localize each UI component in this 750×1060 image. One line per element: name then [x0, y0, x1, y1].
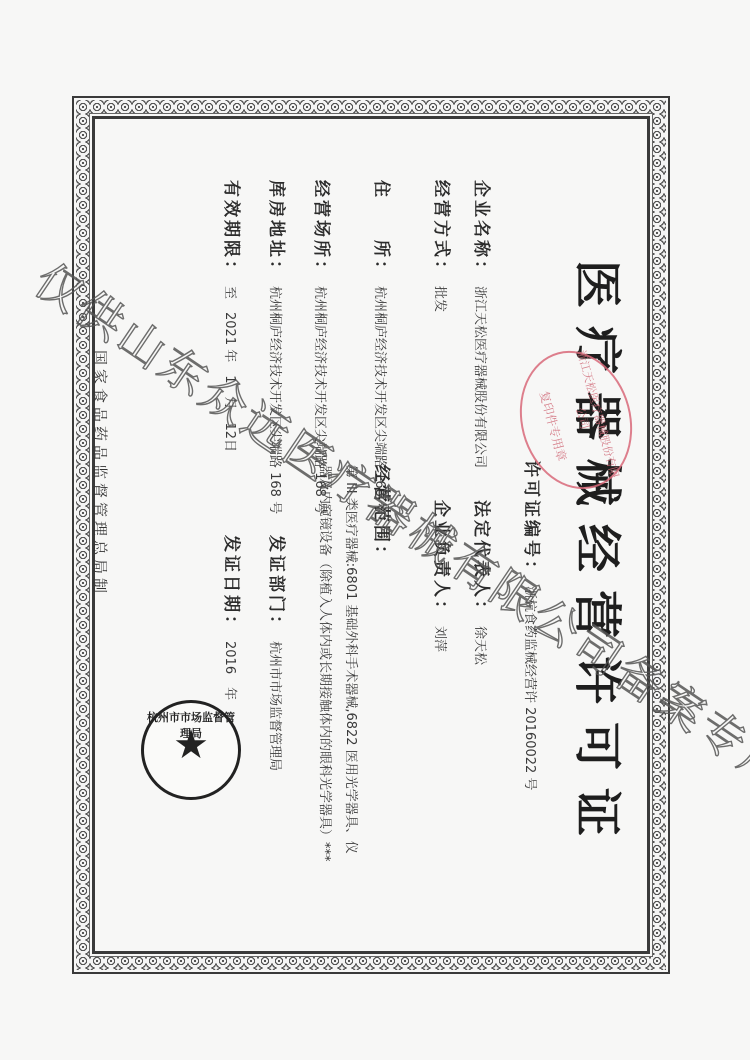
company-name-row: 企业名称：浙江天松医疗器械股份有限公司: [471, 180, 496, 468]
business-mode-label: 经营方式：: [431, 180, 451, 280]
person-in-charge-value: 刘萍: [432, 626, 447, 652]
issuing-authority-value: 杭州市市场监督管理局: [267, 641, 282, 771]
authority-seal: 杭州市市场监督管理局 ★: [141, 700, 241, 800]
validity-label: 有效期限：: [221, 180, 241, 280]
authority-seal-text: 杭州市市场监督管理局: [144, 709, 238, 741]
warehouse-address-label: 库房地址：: [266, 180, 286, 280]
business-mode-row: 经营方式：批发: [431, 180, 456, 312]
issue-date-value: 2016 年: [222, 641, 237, 700]
issue-date-label: 发证日期：: [221, 535, 241, 635]
issuing-authority-label: 发证部门：: [266, 535, 286, 635]
issue-date-row: 发证日期：2016 年: [221, 535, 246, 700]
residence-label: 住 所：: [371, 180, 391, 280]
business-scope-value: 第 III 类医疗器械:6801 基础外科手术器械,6822 医用光学器具、仪器…: [311, 465, 363, 865]
company-name-label: 企业名称：: [471, 180, 491, 280]
legal-representative-value: 徐天松: [472, 626, 487, 665]
issuing-authority-row: 发证部门：杭州市市场监督管理局: [266, 535, 291, 771]
issuer-footer: 国家食品药品监督管理总局制: [90, 350, 111, 597]
business-mode-value: 批发: [432, 286, 447, 312]
business-premises-label: 经营场所：: [311, 180, 331, 280]
company-name-value: 浙江天松医疗器械股份有限公司: [472, 286, 487, 468]
